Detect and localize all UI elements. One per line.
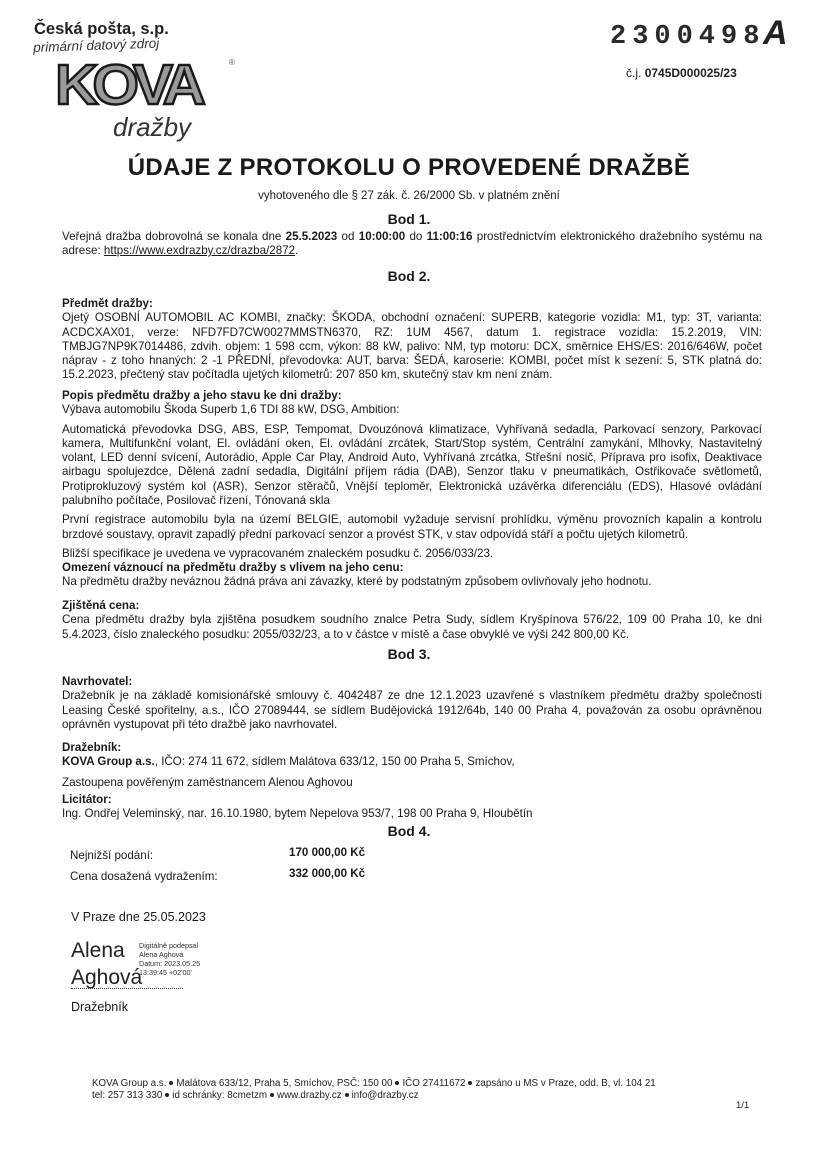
footer-line-1: KOVA Group a.s.Malátova 633/12, Praha 5,… — [92, 1078, 656, 1090]
section-heading-bod1: Bod 1. — [0, 211, 818, 227]
footer-registry: zapsáno u MS v Praze, odd. B, vl. 104 21 — [475, 1078, 655, 1089]
footer-databox: id schránky: 8cmetzm — [172, 1090, 267, 1101]
footer: KOVA Group a.s.Malátova 633/12, Praha 5,… — [92, 1078, 656, 1102]
lowest-bid-value: 170 000,00 Kč — [289, 846, 365, 859]
section-heading-bod3: Bod 3. — [0, 646, 818, 662]
document-number: 2300498 — [610, 22, 765, 52]
logo-brand: KOVA — [55, 57, 245, 112]
document-letter: A — [763, 14, 788, 53]
bullet-icon — [468, 1081, 472, 1085]
footer-company: KOVA Group a.s. — [92, 1078, 166, 1089]
bullet-icon — [395, 1081, 399, 1085]
licitator-label: Licitátor: — [62, 793, 762, 807]
digital-signature-meta: Digitálně podepsal Alena Aghová Datum: 2… — [139, 941, 200, 977]
subject-block: Předmět dražby: Ojetý OSOBNÍ AUTOMOBIL A… — [62, 297, 762, 383]
registered-mark-icon: ® — [229, 58, 235, 67]
bod1-text: Veřejná dražba dobrovolná se konala dne … — [62, 230, 762, 259]
auction-date: 25.5.2023 — [286, 230, 338, 243]
section-heading-bod2: Bod 2. — [0, 268, 818, 284]
encumbrance-text: Na předmětu dražby neváznou žádná práva … — [62, 575, 762, 589]
signature-first-name: Alena — [71, 937, 142, 964]
auction-url-link[interactable]: https://www.exdrazby.cz/drazba/2872 — [104, 244, 295, 257]
kova-logo: KOVA — [55, 56, 245, 114]
reference-label: č.j. — [626, 66, 641, 80]
proposer-text: Dražebník je na základě komisionářské sm… — [62, 689, 762, 732]
auctioneer-rep: Zastoupena pověřeným zaměstnancem Alenou… — [62, 776, 762, 790]
signature-meta-line: Digitálně podepsal — [139, 941, 200, 950]
signature-meta-line: 13:39:45 +02'00' — [139, 968, 200, 977]
auctioneer-text: , IČO: 274 11 672, sídlem Malátova 633/1… — [155, 755, 515, 768]
licitator-text: Ing. Ondřej Veleminský, nar. 16.10.1980,… — [62, 807, 762, 821]
proposer-label: Navrhovatel: — [62, 675, 762, 689]
bullet-icon — [169, 1081, 173, 1085]
proposer-block: Navrhovatel: Dražebník je na základě kom… — [62, 675, 762, 732]
signature-line — [71, 988, 183, 989]
auction-time-from: 10:00:00 — [359, 230, 405, 243]
specification-text: Bližší specifikace je uvedena ve vypraco… — [62, 547, 762, 561]
bod1-text-part: Veřejná dražba dobrovolná se konala dne — [62, 230, 286, 243]
encumbrance-label: Omezení váznoucí na předmětu dražby s vl… — [62, 561, 762, 575]
lowest-bid-label: Nejnižší podání: — [70, 849, 153, 862]
subject-label: Předmět dražby: — [62, 297, 762, 311]
bod1-text-part: od — [337, 230, 359, 243]
signature-name: Alena Aghová — [71, 937, 142, 991]
footer-line-2: tel: 257 313 330id schránky: 8cmetzmwww.… — [92, 1090, 656, 1102]
auctioneer-company: KOVA Group a.s. — [62, 755, 155, 768]
price-block: Zjištěná cena: Cena předmětu dražby byla… — [62, 599, 762, 642]
bod1-text-part: do — [405, 230, 427, 243]
signature-role: Dražebník — [71, 1000, 128, 1014]
reference-value: 0745D000025/23 — [645, 66, 737, 80]
licitator-block: Licitátor: Ing. Ondřej Veleminský, nar. … — [62, 793, 762, 822]
footer-ico: IČO 27411672 — [402, 1078, 465, 1089]
footer-email-link[interactable]: info@drazby.cz — [352, 1090, 419, 1101]
signature-meta-line: Datum: 2023.05.25 — [139, 959, 200, 968]
encumbrance-block: Omezení váznoucí na předmětu dražby s vl… — [62, 561, 762, 590]
bullet-icon — [270, 1093, 274, 1097]
page-subtitle: vyhotoveného dle § 27 zák. č. 26/2000 Sb… — [0, 190, 818, 202]
footer-phone: tel: 257 313 330 — [92, 1090, 162, 1101]
auctioneer-label: Dražebník: — [62, 741, 762, 755]
auctioneer-block: Dražebník: KOVA Group a.s., IČO: 274 11 … — [62, 741, 762, 790]
description-block: Popis předmětu dražby a jeho stavu ke dn… — [62, 389, 762, 561]
subject-text: Ojetý OSOBNÍ AUTOMOBIL AC KOMBI, značky:… — [62, 311, 762, 382]
price-label: Zjištěná cena: — [62, 599, 762, 613]
bullet-icon — [345, 1093, 349, 1097]
price-text: Cena předmětu dražby byla zjištěna posud… — [62, 613, 762, 642]
equipment-intro: Výbava automobilu Škoda Superb 1,6 TDI 8… — [62, 403, 762, 417]
signature-meta-line: Alena Aghová — [139, 950, 200, 959]
footer-address: Malátova 633/12, Praha 5, Smíchov, PSČ: … — [176, 1078, 392, 1089]
page-number: 1/1 — [736, 1100, 749, 1111]
auction-time-to: 11:00:16 — [427, 230, 473, 243]
section-heading-bod4: Bod 4. — [0, 823, 818, 839]
signature-last-name: Aghová — [71, 964, 142, 991]
bod1-text-part: . — [295, 244, 298, 257]
equipment-list: Automatická převodovka DSG, ABS, ESP, Te… — [62, 423, 762, 509]
final-price-label: Cena dosažená vydražením: — [70, 870, 218, 883]
page-title: ÚDAJE Z PROTOKOLU O PROVEDENÉ DRAŽBĚ — [0, 154, 818, 182]
signature-place-date: V Praze dne 25.05.2023 — [71, 910, 206, 924]
logo-tagline: dražby — [113, 112, 191, 143]
final-price-value: 332 000,00 Kč — [289, 867, 365, 880]
condition-text: První registrace automobilu byla na územ… — [62, 513, 762, 542]
footer-website-link[interactable]: www.drazby.cz — [277, 1090, 342, 1101]
reference-number: č.j. 0745D000025/23 — [626, 66, 737, 80]
bullet-icon — [165, 1093, 169, 1097]
description-label: Popis předmětu dražby a jeho stavu ke dn… — [62, 389, 762, 403]
